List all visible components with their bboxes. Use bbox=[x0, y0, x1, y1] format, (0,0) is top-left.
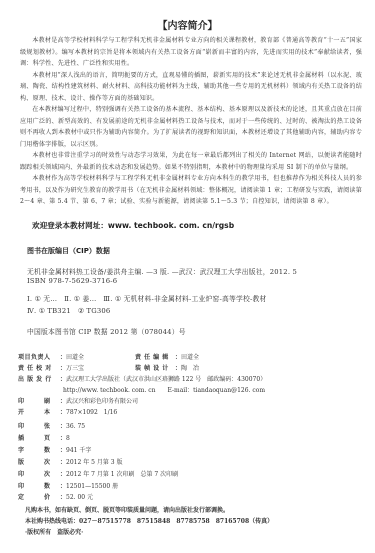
intro-heading: 【内容简介】 bbox=[0, 17, 375, 32]
colophon-value: 36. 75 bbox=[66, 423, 85, 430]
colophon-value: 941 千字 bbox=[66, 447, 91, 454]
colophon-label: 定 价 bbox=[18, 492, 60, 503]
colophon-row-project-lead: 项目负责人：田道全 bbox=[18, 352, 84, 363]
colophon-value: 武汉理工大学出版社（武汉市洪山区珞狮路 122 号 邮政编码：430070） bbox=[66, 376, 266, 383]
colophon-value: 8 bbox=[66, 435, 70, 442]
colophon-label: 责 任 编 辑 bbox=[135, 352, 175, 363]
intro-paragraph: 本教材用“深人浅出的语言，简明扼要的方式，直观易懂的插图，崭新实用的技术”来论述… bbox=[20, 70, 362, 105]
colophon-value: 52. 00 元 bbox=[66, 494, 93, 501]
intro-paragraph: 本教材是高等学校材料科学与工程学科无机非金属材料专业方向的相关课程教材，教育部《… bbox=[20, 35, 362, 70]
colophon-row: 印 刷：武汉兴和彩色印务有限公司 bbox=[18, 396, 138, 407]
colophon-row: 定 价：52. 00 元 bbox=[18, 492, 93, 503]
colophon-row: 印 张：36. 75 bbox=[18, 421, 85, 432]
colophon-value: 2012 年 7 月第 1 次印刷 总第 7 次印刷 bbox=[66, 471, 178, 478]
colophon-row: 印 次：2012 年 7 月第 1 次印刷 总第 7 次印刷 bbox=[18, 469, 178, 480]
cip-isbn: ISBN 978-7-5629-3716-6 bbox=[27, 277, 117, 285]
colophon-label: 插 页 bbox=[18, 433, 60, 444]
copyright-notice: ·版权所有 盗版必究· bbox=[25, 527, 83, 536]
colophon-row-editor: 责 任 编 辑：田道全 bbox=[135, 352, 199, 363]
colophon-label: 印 刷 bbox=[18, 396, 60, 407]
colophon-label: 印 次 bbox=[18, 469, 60, 480]
colophon-value: 2012 年 5 月第 3 版 bbox=[66, 459, 122, 466]
colophon-label: 责 任 校 对 bbox=[18, 363, 60, 374]
colophon-row: 开 本：787×1092 1/16 bbox=[18, 407, 117, 418]
colophon-label: 印 张 bbox=[18, 421, 60, 432]
intro-paragraph: 在本教材编写过程中，特别强调有关热工设备的基本流程、基本结构、基本原理以及新技术… bbox=[20, 104, 362, 150]
textbook-website: 欢迎登录本教材网址：www. techbook. com. cn/rgsb bbox=[32, 220, 234, 231]
cip-subjects: Ⅰ. ① 无… Ⅱ. ① 姜… Ⅲ. ① 无机材料-非金属材料-工业炉窑-高等学… bbox=[27, 293, 267, 303]
sales-hotline: 本社购书热线电话：027－87515778 87515848 87785758 … bbox=[25, 516, 273, 525]
colophon-row: 版 次：2012 年 5 月第 3 版 bbox=[18, 457, 122, 468]
cip-record-number: 中国版本图书馆 CIP 数据 2012 第（078044）号 bbox=[27, 326, 186, 336]
colophon-label: 项目负责人 bbox=[18, 352, 60, 363]
colophon-value: 田道全 bbox=[181, 354, 199, 361]
colophon-value: 12501—15500 册 bbox=[66, 483, 118, 490]
intro-paragraph: 本教材作为高等学校材料科学与工程学科无机非金属材料专业方向本科生的教学用书，但也… bbox=[20, 173, 362, 208]
colophon-label: 字 数 bbox=[18, 445, 60, 456]
cip-classification: Ⅳ. ① TB321 ② TG306 bbox=[27, 305, 110, 315]
colophon-value: 787×1092 1/16 bbox=[66, 409, 117, 416]
colophon-row: 字 数：941 千字 bbox=[18, 445, 91, 456]
colophon-web-email: http://www. techbook. com. cn E-mail：tia… bbox=[63, 385, 265, 396]
colophon-value: 田道全 bbox=[66, 354, 84, 361]
copyright-page: 【内容简介】 本教材是高等学校材料科学与工程学科无机非金属材料专业方向的相关课程… bbox=[0, 0, 375, 553]
colophon-row-publisher: 出 版 发 行：武汉理工大学出版社（武汉市洪山区珞狮路 122 号 邮政编码：4… bbox=[18, 374, 266, 385]
intro-body: 本教材是高等学校材料科学与工程学科无机非金属材料专业方向的相关课程教材，教育部《… bbox=[20, 35, 362, 208]
colophon-label: 出 版 发 行 bbox=[18, 374, 60, 385]
colophon-value: 陶 冶 bbox=[181, 365, 199, 372]
colophon-row-proofreader: 责 任 校 对：万三宝 bbox=[18, 363, 84, 374]
cip-title: 图书在版编目（CIP）数据 bbox=[27, 246, 110, 256]
colophon-row: 插 页：8 bbox=[18, 433, 70, 444]
defect-notice: 凡购本书，如有缺页、倒页、脱页等印装质量问题，请向出版社发行部调换。 bbox=[25, 505, 229, 514]
colophon-value: 万三宝 bbox=[66, 365, 84, 372]
colophon-label: 开 本 bbox=[18, 407, 60, 418]
colophon-row-designer: 装 帧 设 计：陶 冶 bbox=[135, 363, 199, 374]
colophon-row: 印 数：12501—15500 册 bbox=[18, 481, 118, 492]
intro-paragraph: 本教材也非常注重学习的时效性与动态学习效果，为此在每一章最后都列出了相关的 In… bbox=[20, 150, 362, 173]
cip-bibliographic-line: 无机非金属材料热工设备/姜洪舟主编. —3 版. —武汉：武汉理工大学出版社，2… bbox=[27, 266, 297, 276]
colophon-label: 装 帧 设 计 bbox=[135, 363, 175, 374]
colophon-value: 武汉兴和彩色印务有限公司 bbox=[66, 398, 138, 405]
colophon-label: 印 数 bbox=[18, 481, 60, 492]
colophon-label: 版 次 bbox=[18, 457, 60, 468]
